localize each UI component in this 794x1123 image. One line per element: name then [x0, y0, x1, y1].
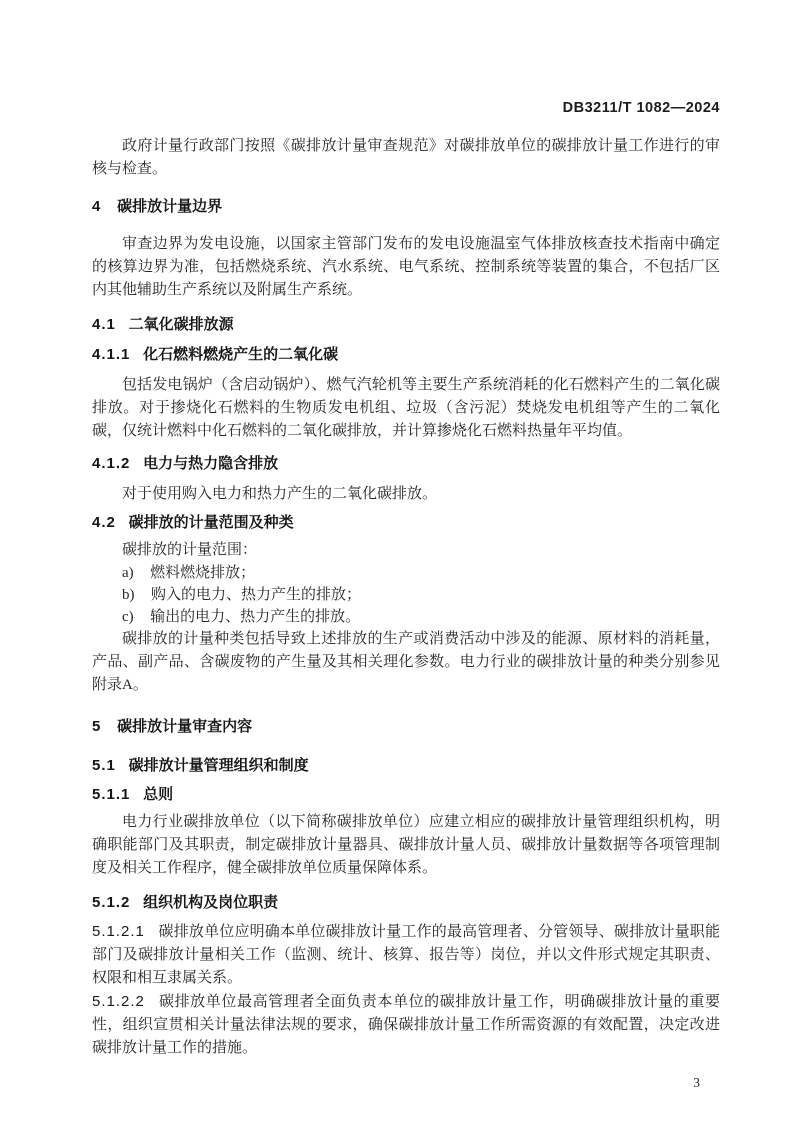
section-4-1-heading: 4.1二氧化碳排放源 — [92, 315, 720, 335]
section-4-1-1-heading: 4.1.1化石燃料燃烧产生的二氧化碳 — [92, 345, 720, 365]
section-4-1-2-number: 4.1.2 — [92, 454, 130, 474]
section-5-1-title: 碳排放计量管理组织和制度 — [129, 756, 309, 776]
section-5-heading: 5碳排放计量审查内容 — [92, 717, 720, 737]
section-4-heading: 4碳排放计量边界 — [92, 197, 720, 217]
section-4-2-lead: 碳排放的计量范围： — [92, 539, 720, 562]
section-4-1-2-title: 电力与热力隐含排放 — [143, 454, 278, 474]
standard-number-header: DB3211/T 1082—2024 — [92, 100, 720, 117]
list-item-text: 输出的电力、热力产生的排放。 — [150, 606, 360, 628]
section-5-title: 碳排放计量审查内容 — [117, 717, 252, 737]
list-item-label: b) — [122, 584, 135, 606]
section-4-number: 4 — [92, 197, 101, 217]
scope-list: a)燃料燃烧排放； b)购入的电力、热力产生的排放； c)输出的电力、热力产生的… — [92, 562, 720, 628]
section-5-number: 5 — [92, 717, 101, 737]
section-4-title: 碳排放计量边界 — [117, 197, 222, 217]
section-4-1-1-paragraph: 包括发电锅炉（含启动锅炉）、燃气汽轮机等主要生产系统消耗的化石燃料产生的二氧化碳… — [92, 374, 720, 443]
section-4-2-title: 碳排放的计量范围及种类 — [129, 513, 294, 533]
section-4-2-number: 4.2 — [92, 513, 116, 533]
clause-5-1-2-1-text: 碳排放单位应明确本单位碳排放计量工作的最高管理者、分管领导、碳排放计量职能部门及… — [92, 924, 720, 986]
clause-5-1-2-2-text: 碳排放单位最高管理者全面负责本单位的碳排放计量工作，明确碳排放计量的重要性，组织… — [92, 994, 720, 1056]
section-4-1-number: 4.1 — [92, 315, 116, 335]
section-5-1-1-heading: 5.1.1总则 — [92, 785, 720, 805]
list-item-label: c) — [122, 606, 134, 628]
list-item-label: a) — [122, 562, 134, 584]
clause-5-1-2-1: 5.1.2.1碳排放单位应明确本单位碳排放计量工作的最高管理者、分管领导、碳排放… — [92, 920, 720, 990]
clause-5-1-2-1-number: 5.1.2.1 — [92, 923, 145, 940]
section-4-1-2-paragraph: 对于使用购入电力和热力产生的二氧化碳排放。 — [92, 483, 720, 506]
clause-5-1-2-2: 5.1.2.2碳排放单位最高管理者全面负责本单位的碳排放计量工作，明确碳排放计量… — [92, 990, 720, 1060]
section-5-1-heading: 5.1碳排放计量管理组织和制度 — [92, 756, 720, 776]
page-content: DB3211/T 1082—2024 政府计量行政部门按照《碳排放计量审查规范》… — [92, 100, 720, 1092]
list-item-text: 燃料燃烧排放； — [150, 562, 255, 584]
clause-5-1-2-2-number: 5.1.2.2 — [92, 993, 145, 1010]
intro-paragraph: 政府计量行政部门按照《碳排放计量审查规范》对碳排放单位的碳排放计量工作进行的审核… — [92, 135, 720, 181]
section-5-1-1-number: 5.1.1 — [92, 785, 130, 805]
document-page: DB3211/T 1082—2024 政府计量行政部门按照《碳排放计量审查规范》… — [0, 0, 794, 1123]
list-item-text: 购入的电力、热力产生的排放； — [151, 584, 361, 606]
list-item: c)输出的电力、热力产生的排放。 — [92, 606, 720, 628]
section-4-1-title: 二氧化碳排放源 — [129, 315, 234, 335]
section-5-1-1-paragraph: 电力行业碳排放单位（以下简称碳排放单位）应建立相应的碳排放计量管理组织机构，明确… — [92, 811, 720, 880]
list-item: b)购入的电力、热力产生的排放； — [92, 584, 720, 606]
section-5-1-2-number: 5.1.2 — [92, 893, 130, 913]
section-5-1-number: 5.1 — [92, 756, 116, 776]
page-number: 3 — [92, 1074, 720, 1092]
section-5-1-1-title: 总则 — [143, 785, 173, 805]
section-4-1-1-title: 化石燃料燃烧产生的二氧化碳 — [143, 345, 338, 365]
section-5-1-2-title: 组织机构及岗位职责 — [143, 893, 278, 913]
section-4-2-paragraph: 碳排放的计量种类包括导致上述排放的生产或消费活动中涉及的能源、原材料的消耗量，产… — [92, 628, 720, 697]
section-4-1-2-heading: 4.1.2电力与热力隐含排放 — [92, 454, 720, 474]
section-4-2-heading: 4.2碳排放的计量范围及种类 — [92, 513, 720, 533]
section-5-1-2-heading: 5.1.2组织机构及岗位职责 — [92, 893, 720, 913]
section-4-paragraph: 审查边界为发电设施，以国家主管部门发布的发电设施温室气体排放核查技术指南中确定的… — [92, 233, 720, 302]
list-item: a)燃料燃烧排放； — [92, 562, 720, 584]
section-4-1-1-number: 4.1.1 — [92, 345, 130, 365]
